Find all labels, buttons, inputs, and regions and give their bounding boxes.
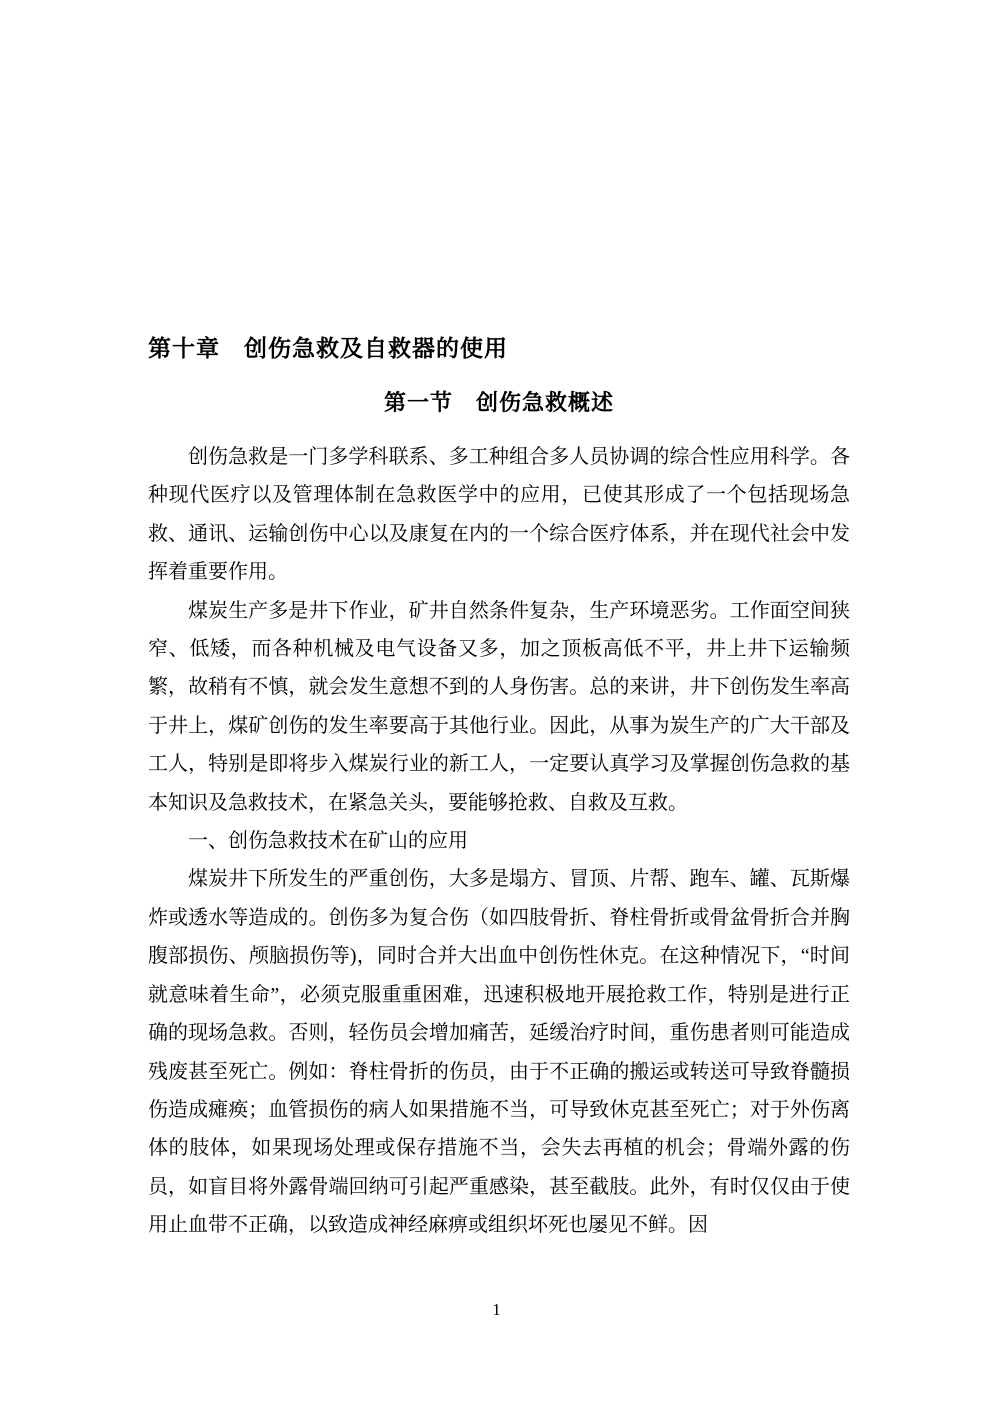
paragraph-2: 煤炭生产多是井下作业，矿井自然条件复杂，生产环境恶劣。工作面空间狭窄、低矮，而各… xyxy=(148,592,850,822)
chapter-title: 第十章 创伤急救及自救器的使用 xyxy=(148,330,850,366)
paragraph-3: 煤炭井下所发生的严重创伤，大多是塌方、冒顶、片帮、跑车、罐、瓦斯爆炸或透水等造成… xyxy=(148,860,850,1244)
subsection-heading: 一、创伤急救技术在矿山的应用 xyxy=(148,822,850,860)
body-text: 创伤急救是一门多学科联系、多工种组合多人员协调的综合性应用科学。各种现代医疗以及… xyxy=(148,438,850,1245)
page-number: 1 xyxy=(0,1297,993,1323)
text-block: 第十章 创伤急救及自救器的使用 第一节 创伤急救概述 创伤急救是一门多学科联系、… xyxy=(148,330,850,1245)
document-page: 第十章 创伤急救及自救器的使用 第一节 创伤急救概述 创伤急救是一门多学科联系、… xyxy=(0,0,993,1404)
paragraph-1: 创伤急救是一门多学科联系、多工种组合多人员协调的综合性应用科学。各种现代医疗以及… xyxy=(148,438,850,592)
section-title: 第一节 创伤急救概述 xyxy=(148,385,850,421)
